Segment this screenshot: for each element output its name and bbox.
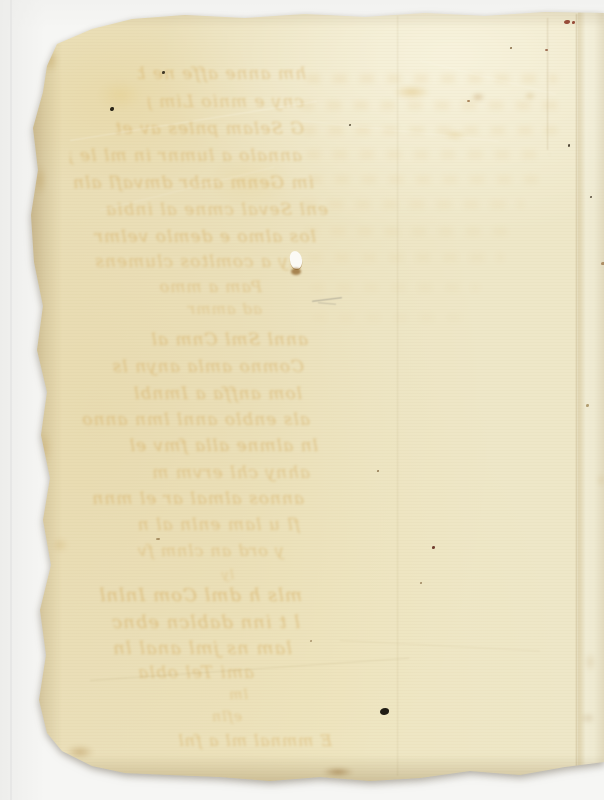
speck (349, 124, 351, 126)
edge-shading-bottom (30, 742, 604, 786)
speck (156, 538, 160, 540)
speck (420, 582, 422, 584)
deckle-edge-shading-left (28, 8, 70, 792)
stain (49, 10, 77, 22)
paper-shadow: hm anne affe ne brmcny e mnio Lim fmG Se… (0, 0, 604, 800)
scanned-document-image: hm anne affe ne brmcny e mnio Lim fmG Se… (0, 0, 604, 800)
manuscript-page: hm anne affe ne brmcny e mnio Lim fmG Se… (0, 0, 604, 800)
speck (586, 404, 589, 407)
speck (377, 470, 379, 472)
speck (380, 708, 389, 715)
speck-layer (0, 0, 604, 800)
speck (467, 100, 470, 102)
speck (568, 144, 570, 147)
speck (162, 71, 165, 74)
speck (110, 107, 114, 111)
speck (590, 196, 592, 198)
worm-hole-rim (291, 268, 301, 275)
edge-shading-right (594, 8, 604, 792)
speck (545, 49, 548, 51)
speck (310, 640, 312, 642)
speck (432, 546, 435, 549)
edge-shading-top (30, 8, 604, 34)
speck (510, 47, 512, 49)
